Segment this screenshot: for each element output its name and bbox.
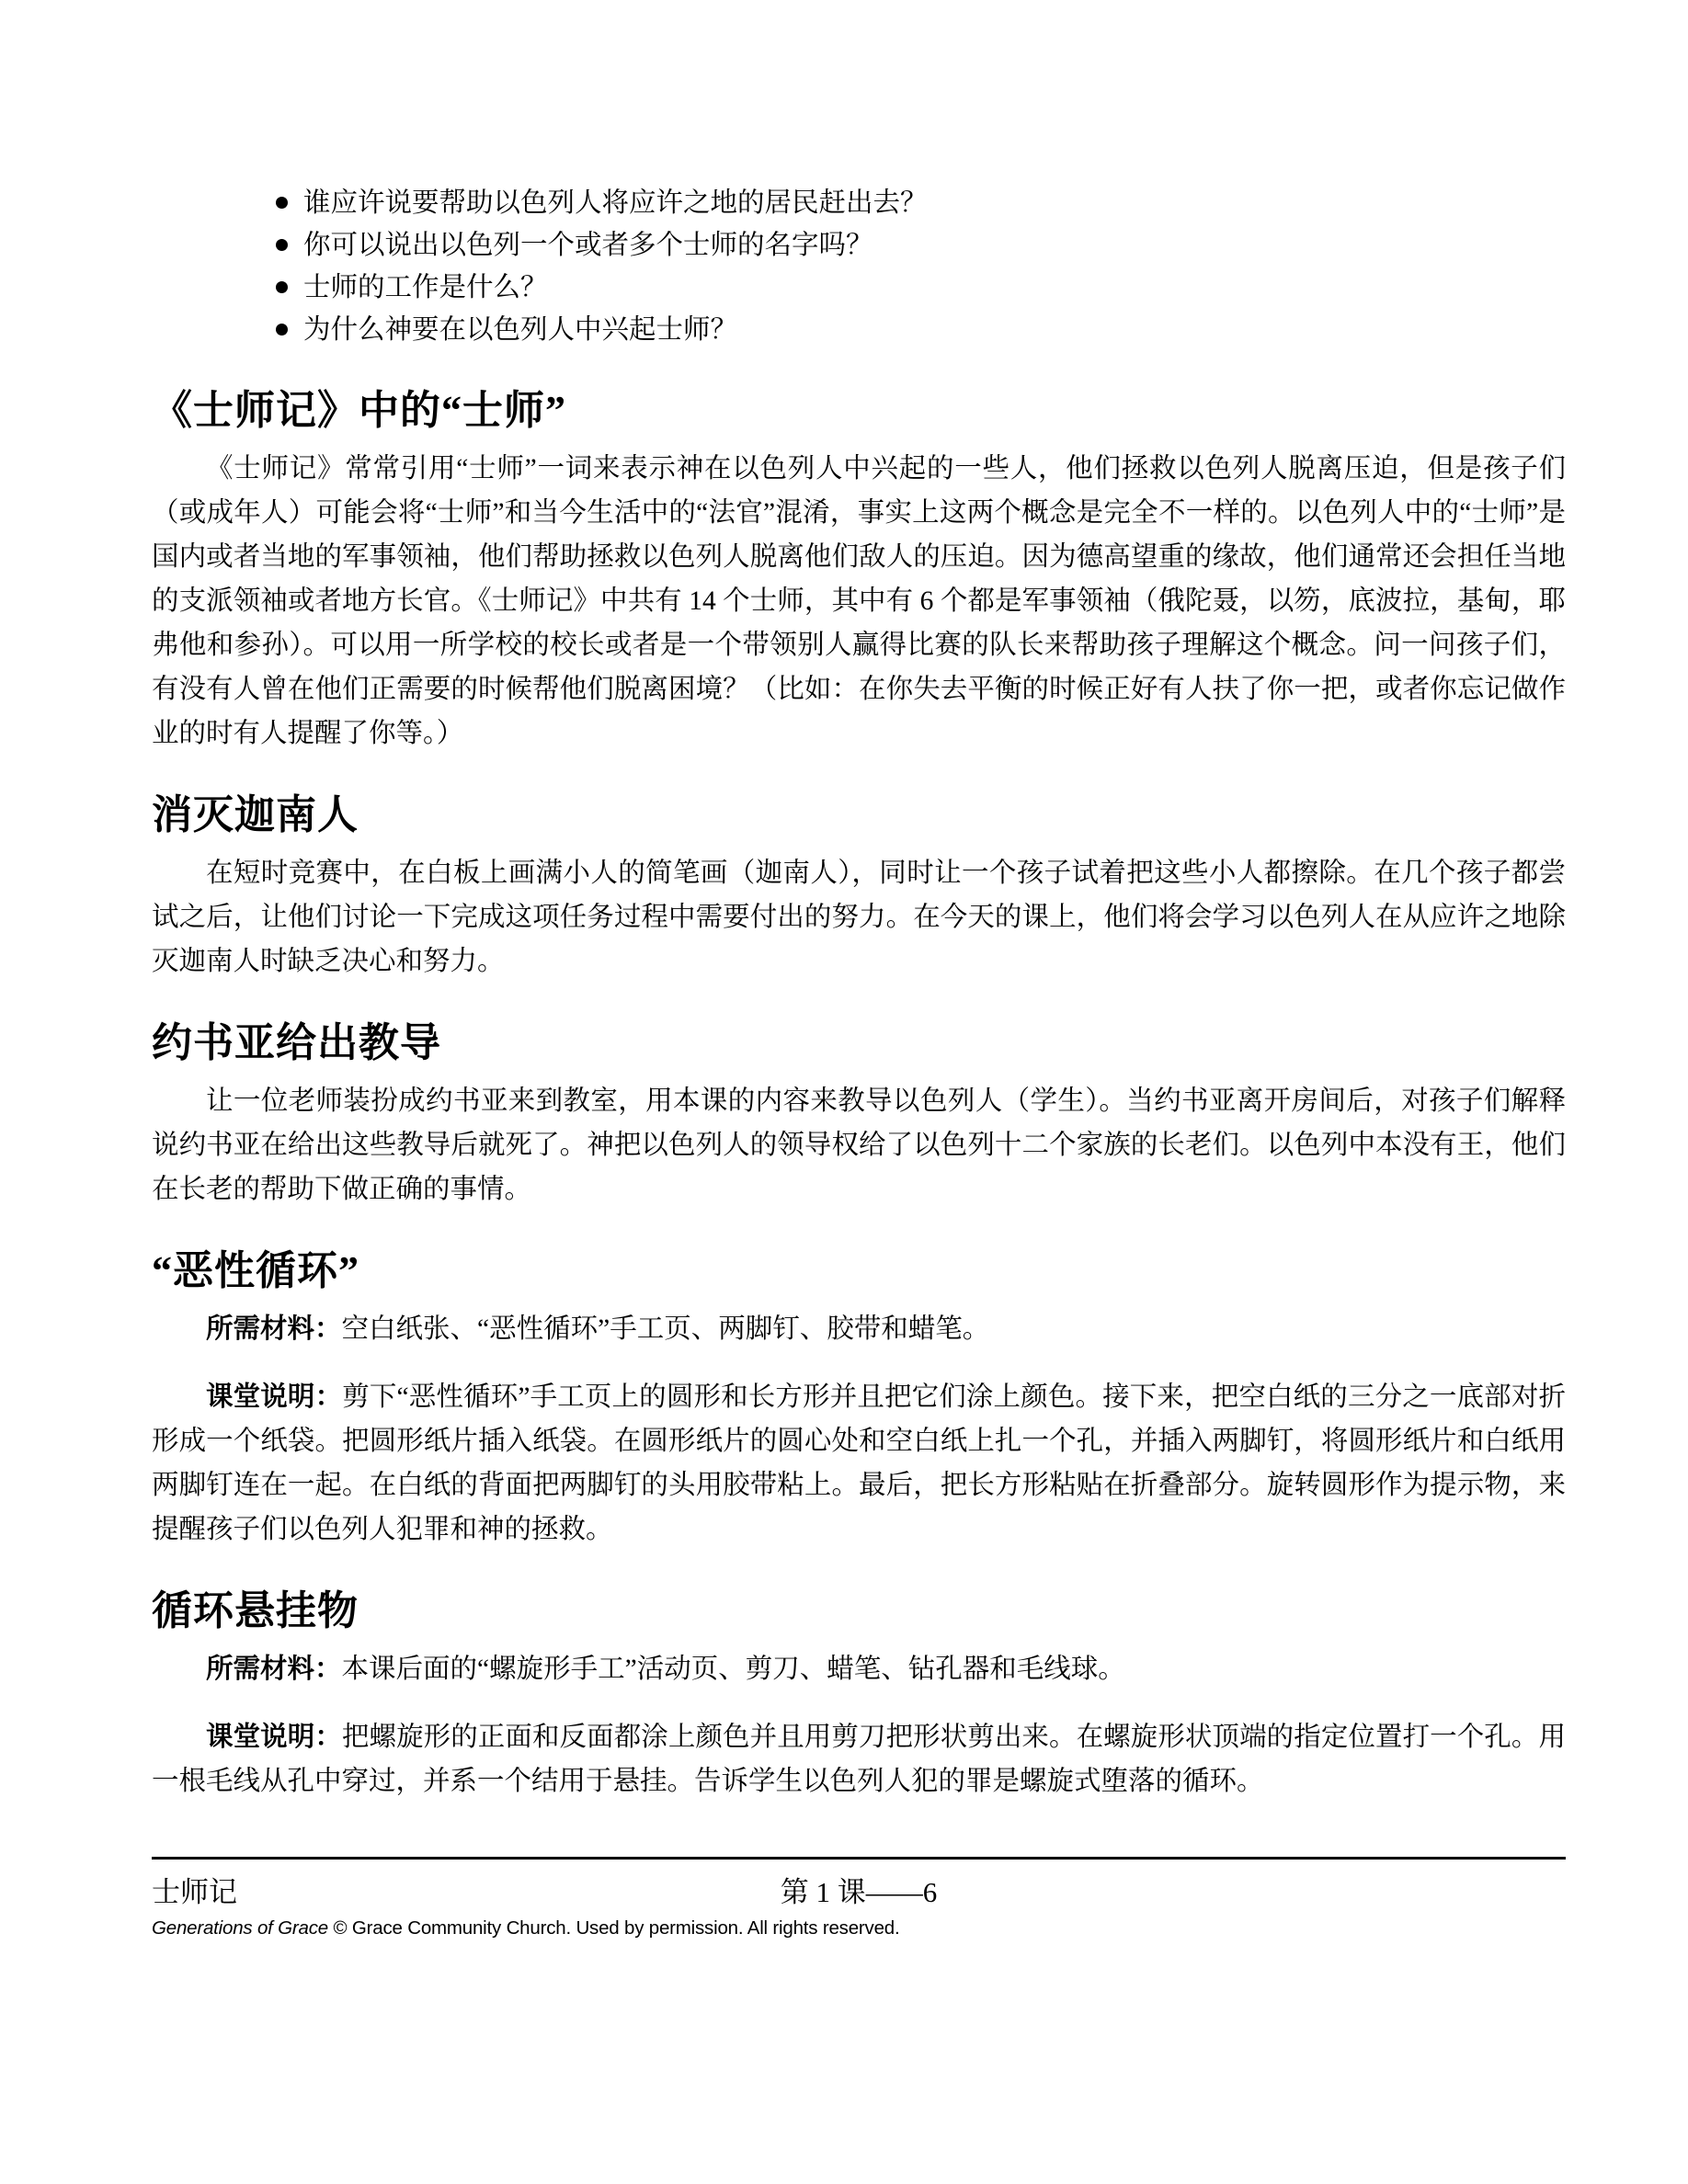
footer-divider xyxy=(152,1857,1566,1860)
paragraph: 在短时竞赛中，在白板上画满小人的简笔画（迦南人），同时让一个孩子试着把这些小人都… xyxy=(152,851,1566,984)
instructions-label: 课堂说明： xyxy=(206,1382,342,1412)
bullet-text: 谁应许说要帮助以色列人将应许之地的居民赶出去？ xyxy=(303,188,928,218)
footer-page-number: 第 1 课——6 xyxy=(781,1874,938,1911)
credit-rights-text: © Grace Community Church. Used by permis… xyxy=(328,1917,899,1939)
section-heading-destroy-canaanites: 消灭迦南人 xyxy=(152,789,1566,842)
bullet-icon xyxy=(276,197,288,209)
materials-text: 本课后面的“螺旋形手工”活动页、剪刀、蜡笔、钻孔器和毛线球。 xyxy=(342,1655,1125,1684)
footer-row: 士师记 第 1 课——6 xyxy=(152,1874,1566,1911)
instructions-paragraph: 课堂说明：把螺旋形的正面和反面都涂上颜色并且用剪刀把形状剪出来。在螺旋形状顶端的… xyxy=(152,1715,1566,1803)
paragraph: 《士师记》常常引用“士师”一词来表示神在以色列人中兴起的一些人，他们拯救以色列人… xyxy=(152,447,1566,756)
section-heading-cycle-hanger: 循环悬挂物 xyxy=(152,1585,1566,1638)
instructions-label: 课堂说明： xyxy=(206,1723,342,1752)
document-page: 谁应许说要帮助以色列人将应许之地的居民赶出去？ 你可以说出以色列一个或者多个士师… xyxy=(0,0,1688,2184)
section-heading-judges-in-judges: 《士师记》中的“士师” xyxy=(152,384,1566,438)
bullet-icon xyxy=(276,324,288,336)
instructions-text: 剪下“恶性循环”手工页上的圆形和长方形并且把它们涂上颜色。接下来，把空白纸的三分… xyxy=(152,1382,1566,1544)
paragraph: 让一位老师装扮成约书亚来到教室，用本课的内容来教导以色列人（学生）。当约书亚离开… xyxy=(152,1079,1566,1211)
section-heading-joshua-teaches: 约书亚给出教导 xyxy=(152,1017,1566,1070)
list-item: 你可以说出以色列一个或者多个士师的名字吗？ xyxy=(276,224,1566,267)
bullet-icon xyxy=(276,239,288,251)
materials-text: 空白纸张、“恶性循环”手工页、两脚钉、胶带和蜡笔。 xyxy=(342,1314,990,1344)
list-item: 士师的工作是什么？ xyxy=(276,267,1566,309)
list-item: 谁应许说要帮助以色列人将应许之地的居民赶出去？ xyxy=(276,182,1566,224)
materials-label: 所需材料： xyxy=(206,1314,342,1344)
section-heading-vicious-cycle: “恶性循环” xyxy=(152,1245,1566,1298)
bullet-text: 为什么神要在以色列人中兴起士师？ xyxy=(303,315,737,345)
footer-credit: Generations of Grace © Grace Community C… xyxy=(152,1917,1566,1940)
instructions-paragraph: 课堂说明：剪下“恶性循环”手工页上的圆形和长方形并且把它们涂上颜色。接下来，把空… xyxy=(152,1375,1566,1552)
materials-label: 所需材料： xyxy=(206,1655,342,1684)
bullet-icon xyxy=(276,281,288,293)
bullet-text: 士师的工作是什么？ xyxy=(303,273,548,302)
materials-line: 所需材料：本课后面的“螺旋形手工”活动页、剪刀、蜡笔、钻孔器和毛线球。 xyxy=(152,1647,1566,1691)
instructions-text: 把螺旋形的正面和反面都涂上颜色并且用剪刀把形状剪出来。在螺旋形状顶端的指定位置打… xyxy=(152,1723,1566,1796)
footer-book-title: 士师记 xyxy=(152,1874,237,1911)
bullet-text: 你可以说出以色列一个或者多个士师的名字吗？ xyxy=(303,231,873,260)
question-list: 谁应许说要帮助以色列人将应许之地的居民赶出去？ 你可以说出以色列一个或者多个士师… xyxy=(152,182,1566,351)
credit-series-title: Generations of Grace xyxy=(152,1917,328,1939)
page-footer: 士师记 第 1 课——6 Generations of Grace © Grac… xyxy=(152,1857,1566,1940)
list-item: 为什么神要在以色列人中兴起士师？ xyxy=(276,309,1566,351)
materials-line: 所需材料：空白纸张、“恶性循环”手工页、两脚钉、胶带和蜡笔。 xyxy=(152,1307,1566,1351)
